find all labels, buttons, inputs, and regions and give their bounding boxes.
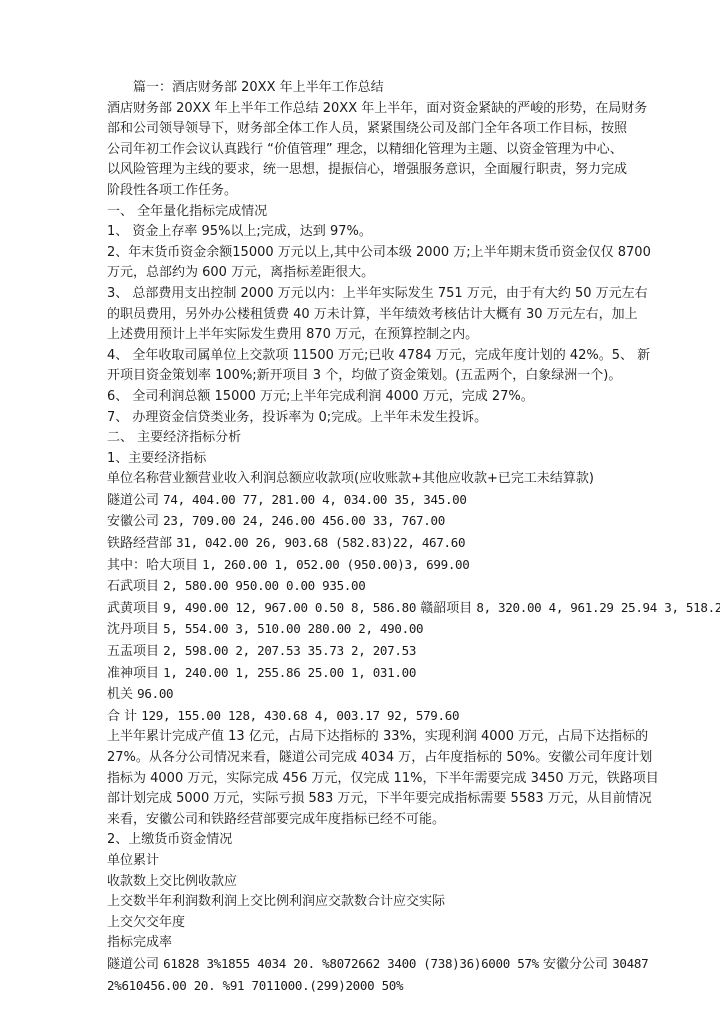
body-line: 3、 总部费用支出控制 2000 万元以内：上半年实际发生 751 万元，由于有… [107, 284, 627, 305]
row-values: 31, 042.00 26, 903.68 (582.83)22, 467.60 [176, 535, 465, 550]
body-line: 指标完成率 [107, 933, 627, 954]
row-values: 5, 554.00 3, 510.00 280.00 2, 490.00 [163, 621, 423, 636]
table-row: 石武项目 2, 580.00 950.00 0.00 935.00 [107, 576, 627, 598]
document-title: 篇一：酒店财务部 20XX 年上半年工作总结 [107, 78, 627, 99]
row-name: 赣韶项目 [420, 601, 472, 616]
body-line: 1、 资金上存率 95%以上;完成，达到 97%。 [107, 222, 627, 243]
table-row: 其中：哈大项目 1, 260.00 1, 052.00 (950.00)3, 6… [107, 555, 627, 577]
row-name: 其中：哈大项目 [107, 558, 198, 573]
row-name: 准神项目 [107, 666, 159, 681]
body-line: 的职员费用，另外办公楼租赁费 40 万未计算，半年绩效考核估计大概有 30 万元… [107, 305, 627, 326]
row-name: 安徽公司 [107, 514, 159, 529]
table-row: 五盂项目 2, 598.00 2, 207.53 35.73 2, 207.53 [107, 641, 627, 663]
body-line: 万元，总部约为 600 万元，离指标差距很大。 [107, 263, 627, 284]
body-line: 4、 全年收取司属单位上交款项 11500 万元;已收 4784 万元，完成年度… [107, 346, 627, 367]
table-row: 隧道公司 74, 404.00 77, 281.00 4, 034.00 35,… [107, 490, 627, 512]
body-line: 开项目资金策划率 100%;新开项目 3 个，均做了资金策划。(五盂两个，白象绿… [107, 366, 627, 387]
table-row: 机关 96.00 [107, 684, 627, 706]
row-name: 隧道公司 [107, 493, 159, 508]
row-values: 74, 404.00 77, 281.00 4, 034.00 35, 345.… [163, 492, 466, 507]
table-row: 合 计 129, 155.00 128, 430.68 4, 003.17 92… [107, 706, 627, 728]
table-row: 准神项目 1, 240.00 1, 255.86 25.00 1, 031.00 [107, 663, 627, 685]
row-values: 23, 709.00 24, 246.00 456.00 33, 767.00 [163, 513, 445, 528]
row-values: 96.00 [137, 686, 173, 701]
row-name: 五盂项目 [107, 644, 159, 659]
row-name: 隧道公司 [107, 957, 159, 972]
row-values: 2, 580.00 950.00 0.00 935.00 [163, 578, 365, 593]
intro-line: 阶段性各项工作任务。 [107, 181, 627, 202]
row-values: 2%610456.00 20. %91 7011000.(299)2000 50… [107, 978, 403, 993]
data-row: 隧道公司 61828 3%1855 4034 20. %8072662 3400… [107, 954, 627, 976]
body-line: 7、 办理资金信贷类业务，投诉率为 0;完成。上半年未发生投诉。 [107, 408, 627, 429]
body-line: 上述费用预计上半年实际发生费用 870 万元，在预算控制之内。 [107, 325, 627, 346]
body-line: 6、 全司利润总额 15000 万元;上半年完成利润 4000 万元，完成 27… [107, 387, 627, 408]
body-line: 收款数上交比例收款应 [107, 872, 627, 893]
body-line: 上交欠交年度 [107, 913, 627, 934]
body-line: 单位累计 [107, 851, 627, 872]
row-values: 61828 3%1855 4034 20. %8072662 3400 (738… [163, 956, 539, 971]
intro-line: 部和公司领导领导下，财务部全体工作人员，紧紧围绕公司及部门全年各项工作目标，按照 [107, 119, 627, 140]
body-line: 上交数半年利润数利润上交比例利润应交款数合计应交实际 [107, 892, 627, 913]
row-name: 安徽分公司 [543, 957, 608, 972]
row-name: 武黄项目 [107, 601, 159, 616]
analysis-line: 指标为 4000 万元，实际完成 456 万元，仅完成 11%，下半年需要完成 … [107, 769, 627, 790]
table-row: 安徽公司 23, 709.00 24, 246.00 456.00 33, 76… [107, 511, 627, 533]
intro-line: 酒店财务部 20XX 年上半年工作总结 20XX 年上半年，面对资金紧缺的严峻的… [107, 99, 627, 120]
analysis-line: 来看，安徽公司和铁路经营部要完成年度指标已经不可能。 [107, 810, 627, 831]
analysis-line: 27%。从各分公司情况来看，隧道公司完成 4034 万，占年度指标的 50%。安… [107, 748, 627, 769]
row-name: 机关 [107, 687, 133, 702]
body-line: 2、年末货币资金余额15000 万元以上,其中公司本级 2000 万;上半年期末… [107, 243, 627, 264]
row-values: 8, 320.00 4, 961.29 25.94 3, 518.27 [476, 600, 720, 615]
row-name: 石武项目 [107, 579, 159, 594]
section-heading: 一、 全年量化指标完成情况 [107, 202, 627, 223]
row-values: 129, 155.00 128, 430.68 4, 003.17 92, 57… [141, 708, 459, 723]
row-name: 铁路经营部 [107, 536, 172, 551]
section-heading: 二、 主要经济指标分析 [107, 428, 627, 449]
row-values: 9, 490.00 12, 967.00 0.50 8, 586.80 [163, 600, 416, 615]
intro-line: 公司年初工作会议认真践行 “价值管理” 理念，以精细化管理为主题、以资金管理为中… [107, 140, 627, 161]
row-values: 30487 [612, 956, 648, 971]
data-row: 2%610456.00 20. %91 7011000.(299)2000 50… [107, 976, 627, 998]
table-row: 武黄项目 9, 490.00 12, 967.00 0.50 8, 586.80… [107, 598, 627, 620]
row-values: 1, 240.00 1, 255.86 25.00 1, 031.00 [163, 665, 416, 680]
table-row: 铁路经营部 31, 042.00 26, 903.68 (582.83)22, … [107, 533, 627, 555]
row-values: 2, 598.00 2, 207.53 35.73 2, 207.53 [163, 643, 416, 658]
row-values: 1, 260.00 1, 052.00 (950.00)3, 699.00 [202, 557, 469, 572]
subsection-heading: 1、主要经济指标 [107, 449, 627, 470]
table-header: 单位名称营业额营业收入利润总额应收款项(应收账款+其他应收款+已完工未结算款) [107, 469, 627, 490]
document-page: 篇一：酒店财务部 20XX 年上半年工作总结 酒店财务部 20XX 年上半年工作… [107, 78, 627, 997]
intro-line: 以风险管理为主线的要求，统一思想，提振信心，增强服务意识，全面履行职责，努力完成 [107, 160, 627, 181]
subsection-heading: 2、上缴货币资金情况 [107, 830, 627, 851]
analysis-line: 上半年累计完成产值 13 亿元，占局下达指标的 33%，实现利润 4000 万元… [107, 727, 627, 748]
row-name: 沈丹项目 [107, 622, 159, 637]
row-name: 合 计 [107, 709, 137, 724]
analysis-line: 部计划完成 5000 万元，实际亏损 583 万元，下半年要完成指标需要 558… [107, 789, 627, 810]
table-row: 沈丹项目 5, 554.00 3, 510.00 280.00 2, 490.0… [107, 619, 627, 641]
